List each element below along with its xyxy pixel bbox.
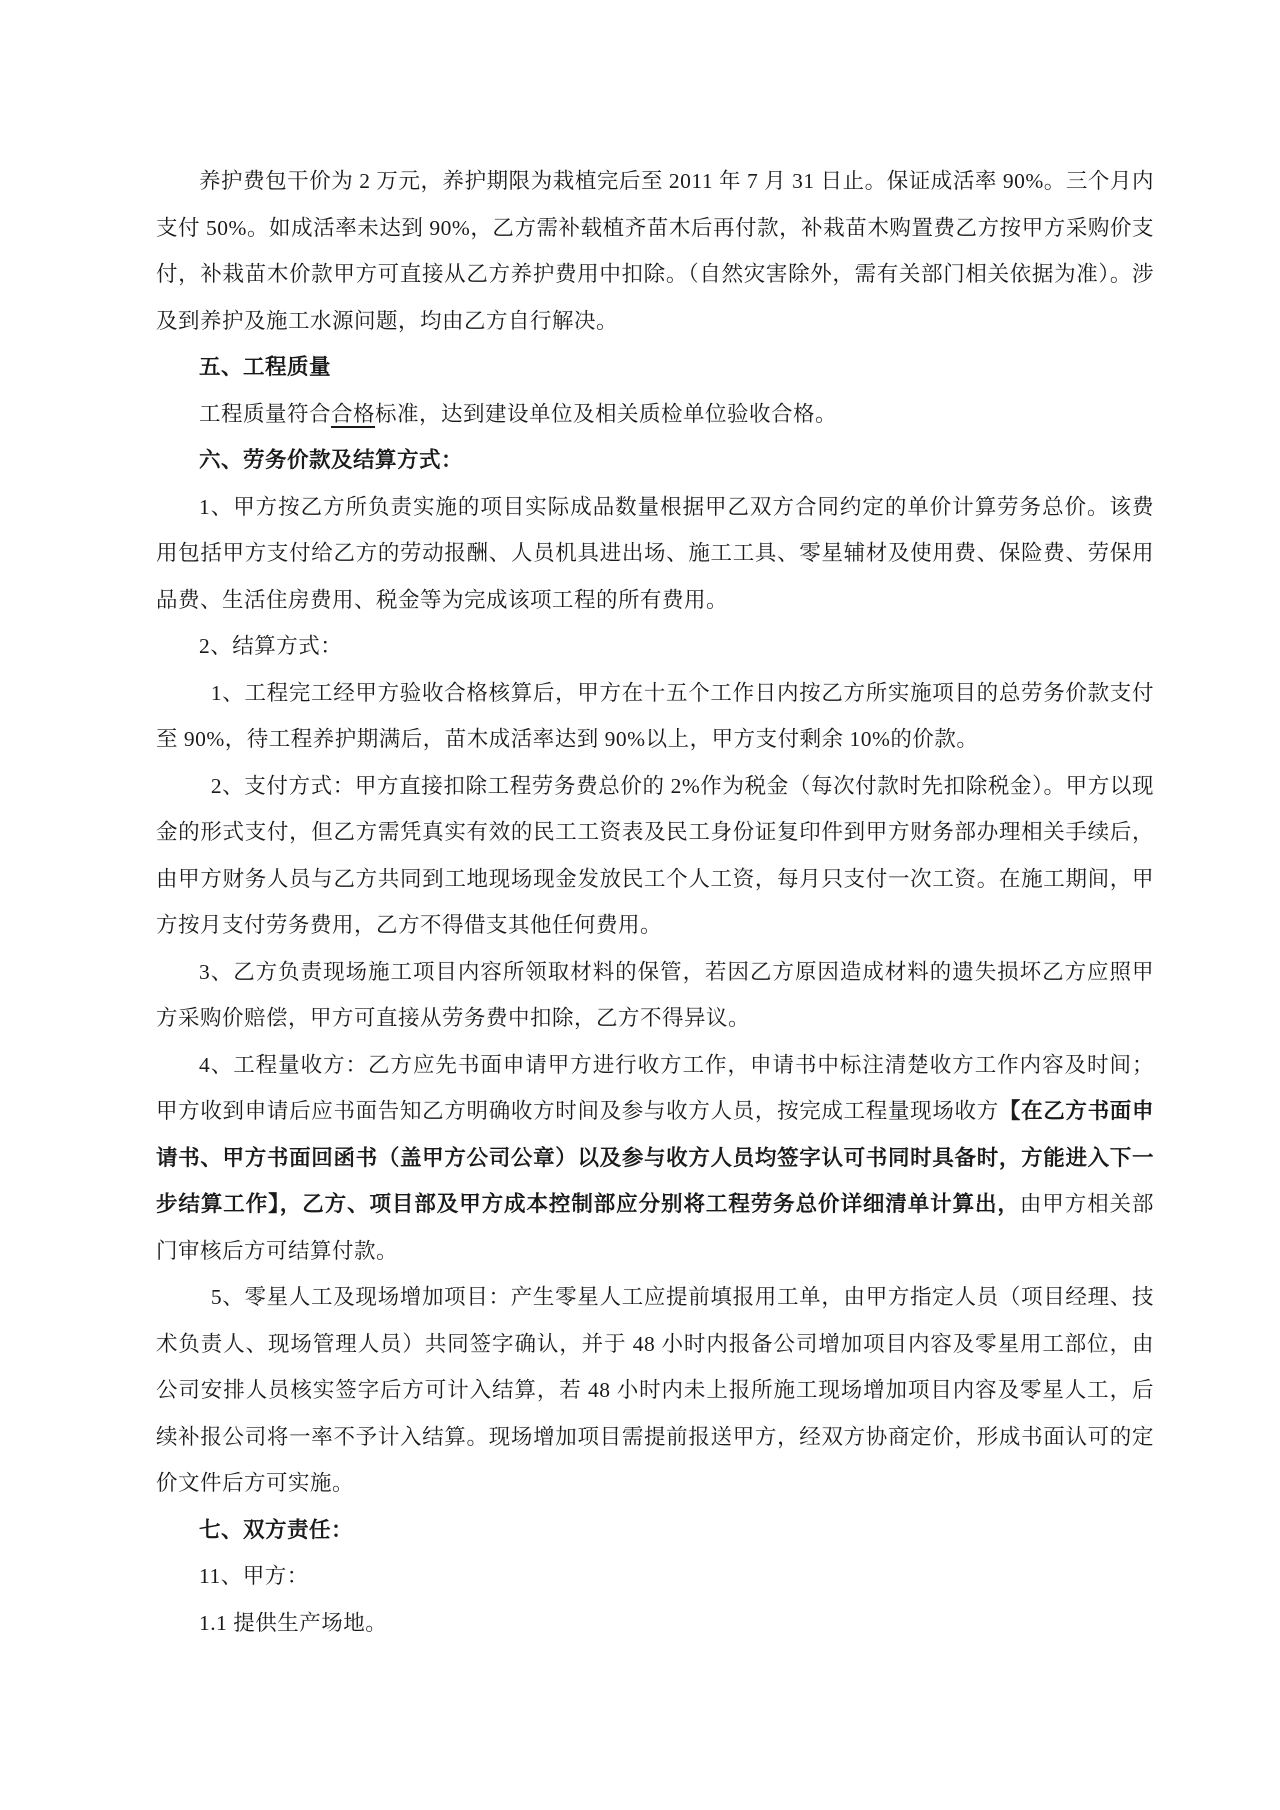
text-run: 3、乙方负责现场施工项目内容所领取材料的保管，若因乙方原因造成材料的遗失损坏乙方…: [156, 960, 1154, 1031]
text-run: 养护费包干价为 2 万元，养护期限为栽植完后至 2011 年 7 月 31 日止…: [156, 169, 1154, 333]
text-run: 5、零星人工及现场增加项目：产生零星人工应提前填报用工单，由甲方指定人员（项目经…: [156, 1285, 1154, 1495]
paragraph: 1.1 提供生产场地。: [156, 1600, 1154, 1647]
paragraph: 养护费包干价为 2 万元，养护期限为栽植完后至 2011 年 7 月 31 日止…: [156, 158, 1154, 344]
paragraph: 4、工程量收方：乙方应先书面申请甲方进行收方工作，申请书中标注清楚收方工作内容及…: [156, 1042, 1154, 1275]
paragraph: 2、结算方式：: [156, 623, 1154, 670]
paragraph: 11、甲方：: [156, 1553, 1154, 1600]
text-run: 工程质量符合: [199, 402, 331, 426]
section-heading: 七、双方责任：: [156, 1507, 1154, 1554]
underlined-text-run: 合格: [331, 402, 375, 426]
paragraph: 3、乙方负责现场施工项目内容所领取材料的保管，若因乙方原因造成材料的遗失损坏乙方…: [156, 949, 1154, 1042]
text-run: 七、双方责任：: [199, 1518, 353, 1542]
paragraph: 1、工程完工经甲方验收合格核算后，甲方在十五个工作日内按乙方所实施项目的总劳务价…: [156, 670, 1154, 763]
text-run: 2、支付方式：甲方直接扣除工程劳务费总价的 2%作为税金（每次付款时先扣除税金）…: [156, 774, 1154, 938]
section-heading: 六、劳务价款及结算方式：: [156, 437, 1154, 484]
text-run: 1.1 提供生产场地。: [199, 1611, 387, 1635]
text-run: 标准，达到建设单位及相关质检单位验收合格。: [375, 402, 837, 426]
text-run: 2、结算方式：: [199, 634, 342, 658]
paragraph: 2、支付方式：甲方直接扣除工程劳务费总价的 2%作为税金（每次付款时先扣除税金）…: [156, 763, 1154, 949]
text-run: 五、工程质量: [199, 355, 331, 379]
contract-page: 养护费包干价为 2 万元，养护期限为栽植完后至 2011 年 7 月 31 日止…: [0, 0, 1280, 1810]
paragraph: 5、零星人工及现场增加项目：产生零星人工应提前填报用工单，由甲方指定人员（项目经…: [156, 1274, 1154, 1507]
paragraph: 工程质量符合合格标准，达到建设单位及相关质检单位验收合格。: [156, 391, 1154, 438]
text-run: 六、劳务价款及结算方式：: [199, 448, 463, 472]
document-body: 养护费包干价为 2 万元，养护期限为栽植完后至 2011 年 7 月 31 日止…: [156, 158, 1154, 1646]
section-heading: 五、工程质量: [156, 344, 1154, 391]
text-run: 11、甲方：: [199, 1564, 309, 1588]
text-run: 1、甲方按乙方所负责实施的项目实际成品数量根据甲乙双方合同约定的单价计算劳务总价…: [156, 495, 1154, 612]
text-run: 1、工程完工经甲方验收合格核算后，甲方在十五个工作日内按乙方所实施项目的总劳务价…: [156, 681, 1154, 752]
paragraph: 1、甲方按乙方所负责实施的项目实际成品数量根据甲乙双方合同约定的单价计算劳务总价…: [156, 484, 1154, 624]
